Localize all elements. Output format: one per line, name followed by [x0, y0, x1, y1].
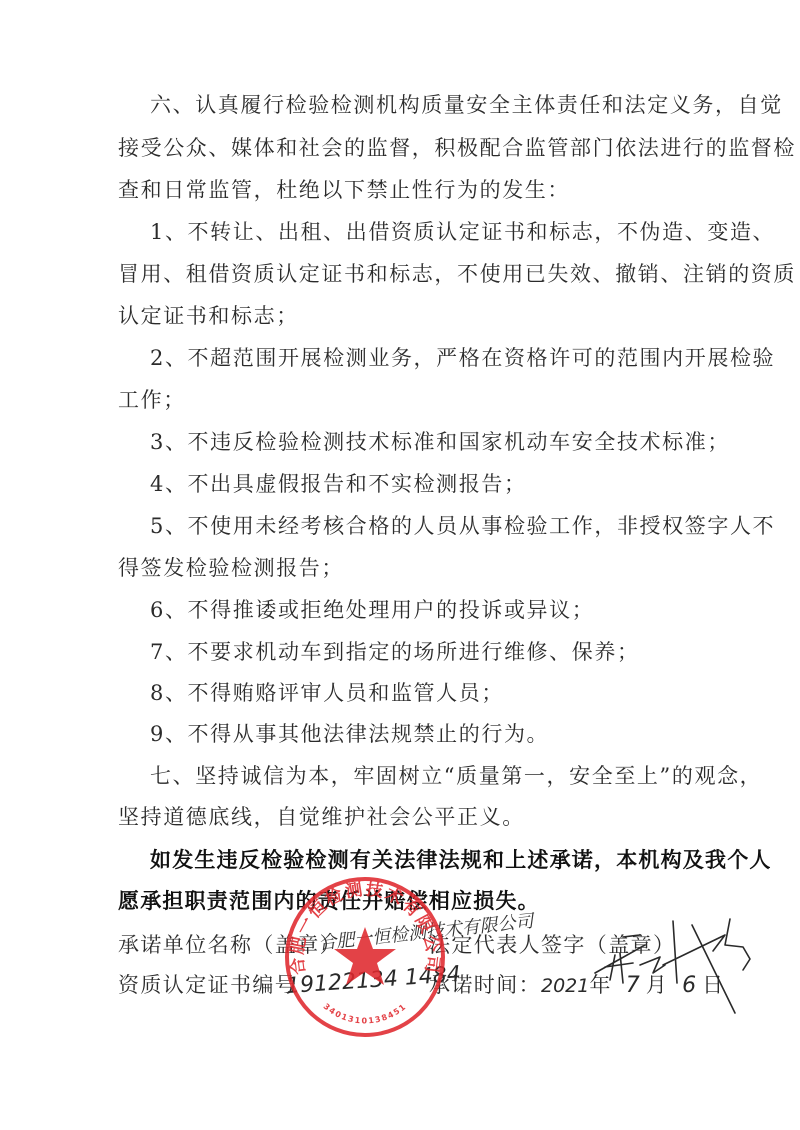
document-text-line: 3、不违反检验检测技术标准和国家机动车安全技术标准；: [150, 427, 720, 457]
document-page: 六、认真履行检验检测机构质量安全主体责任和法定义务，自觉接受公众、媒体和社会的监…: [0, 0, 800, 1130]
document-text-line: 工作；: [118, 385, 688, 415]
document-text-line: 2、不超范围开展检测业务，严格在资格许可的范围内开展检验: [150, 343, 720, 373]
date-year: 2021: [541, 975, 589, 997]
document-text-line: 六、认真履行检验检测机构质量安全主体责任和法定义务，自觉: [150, 90, 720, 120]
document-text-line: 1、不转让、出租、出借资质认定证书和标志，不伪造、变造、: [150, 217, 720, 247]
document-text-line: 冒用、租借资质认定证书和标志，不使用已失效、撤销、注销的资质: [118, 259, 688, 289]
document-text-line: 七、坚持诚信为本，牢固树立“质量第一，安全至上”的观念，: [150, 761, 720, 791]
document-text-line: 7、不要求机动车到指定的场所进行维修、保养；: [150, 637, 720, 667]
document-text-line: 认定证书和标志；: [118, 301, 688, 331]
date-day: 6: [682, 973, 696, 998]
date-year-unit: 年: [589, 973, 611, 997]
document-text-line: 坚持道德底线，自觉维护社会公平正义。: [118, 802, 688, 832]
legal-rep-label: 法定代表人签字（盖章）: [429, 933, 675, 957]
commitment-date-label: 承诺时间：: [429, 973, 541, 997]
document-text-line: 4、不出具虚假报告和不实检测报告；: [150, 469, 720, 499]
date-month: 7: [626, 973, 640, 998]
document-text-line: 6、不得推诿或拒绝处理用户的投诉或异议；: [150, 595, 720, 625]
stamp-number: 3401310138451: [322, 1002, 409, 1026]
date-month-unit: 月: [646, 973, 668, 997]
document-text-line: 5、不使用未经考核合格的人员从事检验工作，非授权签字人不: [150, 511, 720, 541]
commitment-unit-row: 承诺单位名称（盖章）: [118, 930, 342, 960]
legal-rep-row: 法定代表人签字（盖章）: [429, 930, 675, 960]
commitment-unit-label: 承诺单位名称（盖章）: [118, 933, 342, 957]
liability-statement-line: 愿承担职责范围内的责任并赔偿相应损失。: [118, 886, 688, 916]
document-text-line: 接受公众、媒体和社会的监督，积极配合监管部门依法进行的监督检: [118, 133, 688, 163]
document-text-line: 得签发检验检测报告；: [118, 553, 688, 583]
svg-text:3401310138451: 3401310138451: [322, 1002, 409, 1026]
document-text-line: 查和日常监管，杜绝以下禁止性行为的发生：: [118, 175, 688, 205]
liability-statement-line: 如发生违反检验检测有关法律法规和上述承诺，本机构及我个人: [150, 845, 720, 875]
document-text-line: 9、不得从事其他法律法规禁止的行为。: [150, 719, 720, 749]
date-day-unit: 日: [702, 973, 724, 997]
certificate-number-label: 资质认定证书编号: [118, 973, 297, 997]
document-text-line: 8、不得贿赂评审人员和监管人员；: [150, 678, 720, 708]
commitment-date-row: 承诺时间：2021年7月6日: [429, 970, 725, 1000]
certificate-number-row: 资质认定证书编号: [118, 970, 297, 1000]
